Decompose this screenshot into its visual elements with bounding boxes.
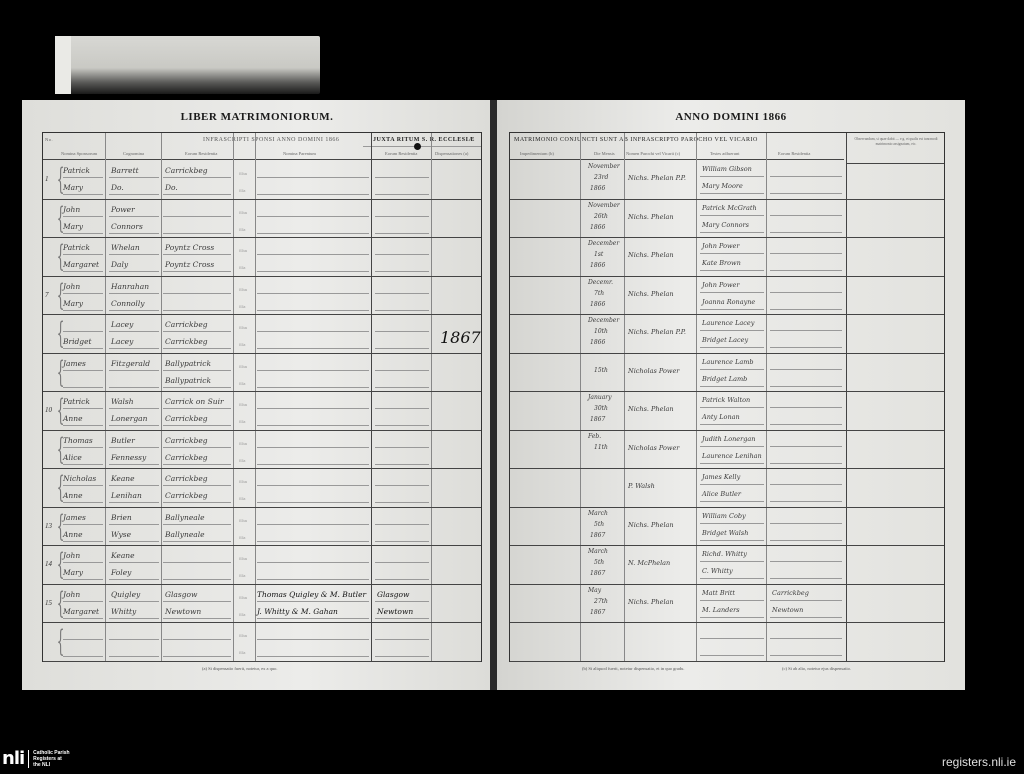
date-year: 1867 bbox=[590, 532, 605, 539]
witness-2: Alice Butler bbox=[702, 490, 741, 498]
groom-surname: Brien bbox=[111, 513, 132, 522]
date-month: November bbox=[588, 202, 620, 209]
date-day: 5th bbox=[594, 559, 604, 566]
date-month: January bbox=[588, 394, 612, 401]
left-header-rite: JUXTA RITUM S. R. ECCLESIÆ bbox=[373, 137, 475, 143]
col-no-label: No. bbox=[45, 137, 53, 142]
bride-residence: Poyntz Cross bbox=[165, 260, 214, 269]
col-header-parents: Nomina Parentum bbox=[283, 151, 316, 156]
marriage-entry-row: 7{JohnMaryHanrahanConnollyfiliusfilia bbox=[43, 277, 481, 316]
parents-residence-1: Glasgow bbox=[377, 590, 409, 599]
priest-name: Nichs. Phelan bbox=[628, 521, 674, 529]
marriage-record-row: December10th1866Nichs. Phelan P.P.Lauren… bbox=[510, 315, 944, 354]
groom-first-name: John bbox=[63, 205, 80, 214]
col-header-witnesses: Testes adfuerunt bbox=[710, 151, 740, 156]
marriage-record-row bbox=[510, 623, 944, 662]
col-header-priest: Nomen Parochi vel Vicarii (c) bbox=[626, 151, 680, 156]
entry-number: 14 bbox=[45, 560, 52, 568]
date-year: 1866 bbox=[590, 339, 605, 346]
groom-surname: Keane bbox=[111, 551, 135, 560]
witness-1: Patrick McGrath bbox=[702, 204, 757, 212]
entry-number: 10 bbox=[45, 406, 52, 414]
marriage-entry-row: {BridgetLaceyLaceyCarrickbegCarrickbegfi… bbox=[43, 315, 481, 354]
left-register-table: No. INFRASCRIPTI SPONSI ANNO DOMINI 1866… bbox=[42, 132, 482, 662]
date-month: March bbox=[588, 548, 608, 555]
nli-wordmark: nli bbox=[2, 748, 24, 769]
bride-surname: Lacey bbox=[111, 337, 133, 346]
bride-surname: Lonergan bbox=[111, 414, 147, 423]
groom-surname: Quigley bbox=[111, 590, 140, 599]
marriage-record-row: March5th1867N. McPhelanRichd. WhittyC. W… bbox=[510, 546, 944, 585]
groom-surname: Power bbox=[111, 205, 135, 214]
date-day: 27th bbox=[594, 598, 608, 605]
witness-2: Mary Moore bbox=[702, 182, 743, 190]
groom-first-name: John bbox=[63, 551, 80, 560]
groom-surname: Fitzgerald bbox=[111, 359, 150, 368]
date-month: November bbox=[588, 163, 620, 170]
witness-1: Judith Lonergan bbox=[702, 435, 756, 443]
col-header-impediment: Impedimentum (b) bbox=[520, 151, 554, 156]
marriage-record-row: P. WalshJames KellyAlice Butler bbox=[510, 469, 944, 508]
bride-surname: Fennessy bbox=[111, 453, 146, 462]
priest-name: Nichs. Phelan bbox=[628, 251, 674, 259]
witness-1: John Power bbox=[702, 242, 740, 250]
priest-name: N. McPhelan bbox=[628, 559, 670, 567]
date-day: 7th bbox=[594, 290, 604, 297]
col-header-dispensations: Dispensationes (a) bbox=[435, 151, 468, 156]
witness-2: Kate Brown bbox=[702, 259, 741, 267]
date-day: 1st bbox=[594, 251, 603, 258]
bride-first-name: Mary bbox=[63, 568, 83, 577]
entry-number: 15 bbox=[45, 599, 52, 607]
groom-parents: Thomas Quigley & M. Butler bbox=[257, 590, 366, 599]
logo-caption: Catholic Parish Registers at the NLI bbox=[33, 750, 69, 768]
right-footnote-b: (b) Si aliquod fuerit, notetur dispensat… bbox=[582, 666, 684, 671]
priest-name: Nichs. Phelan P.P. bbox=[628, 174, 686, 182]
loose-paper-scrap bbox=[55, 36, 320, 94]
bride-residence: Carrickbeg bbox=[165, 414, 208, 423]
priest-name: Nichs. Phelan bbox=[628, 213, 674, 221]
date-day: 23rd bbox=[594, 174, 608, 181]
logo-divider bbox=[28, 750, 29, 768]
bride-surname: Do. bbox=[111, 183, 124, 192]
bride-first-name: Mary bbox=[63, 183, 83, 192]
witness-2: C. Whitty bbox=[702, 567, 733, 575]
date-day: 11th bbox=[594, 444, 608, 451]
priest-name: P. Walsh bbox=[628, 482, 655, 490]
entry-number: 1 bbox=[45, 175, 49, 183]
bride-first-name: Mary bbox=[63, 299, 83, 308]
groom-residence: Carrickbeg bbox=[165, 474, 208, 483]
right-register-table: MATRIMONIO CONJUNCTI SUNT AB INFRASCRIPT… bbox=[509, 132, 945, 662]
groom-surname: Whelan bbox=[111, 243, 140, 252]
groom-first-name: Nicholas bbox=[63, 474, 96, 483]
right-footnote-c: (c) Si ab alio, notetur ejus dispensatio… bbox=[782, 666, 851, 671]
groom-first-name: James bbox=[63, 359, 86, 368]
witness-2: Joanna Ronayne bbox=[702, 298, 755, 306]
groom-residence: Carrick on Suir bbox=[165, 397, 224, 406]
witness-1: John Power bbox=[702, 281, 740, 289]
marriage-record-row: Feb.11thNicholas PowerJudith LonerganLau… bbox=[510, 431, 944, 470]
marriage-entry-row: 13{JamesAnneBrienWyseBallynealeBallyneal… bbox=[43, 508, 481, 547]
marriage-record-row: May27th1867Nichs. PhelanMatt BrittM. Lan… bbox=[510, 585, 944, 624]
groom-residence: Poyntz Cross bbox=[165, 243, 214, 252]
priest-name: Nichs. Phelan P.P. bbox=[628, 328, 686, 336]
bride-surname: Connolly bbox=[111, 299, 144, 308]
marriage-entry-row: {PatrickMargaretWhelanDalyPoyntz CrossPo… bbox=[43, 238, 481, 277]
bride-first-name: Anne bbox=[63, 530, 83, 539]
groom-first-name: Patrick bbox=[63, 166, 90, 175]
date-month: May bbox=[588, 587, 601, 594]
witness-1: Patrick Walton bbox=[702, 396, 750, 404]
bride-surname: Lenihan bbox=[111, 491, 142, 500]
marriage-record-row: January30th1867Nichs. PhelanPatrick Walt… bbox=[510, 392, 944, 431]
bride-first-name: Anne bbox=[63, 491, 83, 500]
bride-parents: J. Whitty & M. Gahan bbox=[257, 607, 338, 616]
left-footnote: (a) Si dispensatio fuerit, notetur, ex a… bbox=[202, 666, 278, 671]
date-day: 10th bbox=[594, 328, 608, 335]
col-header-date: Die Mensis bbox=[594, 151, 615, 156]
groom-first-name: Patrick bbox=[63, 397, 90, 406]
marriage-record-row: November26th1866Nichs. PhelanPatrick McG… bbox=[510, 200, 944, 239]
witness-2: Bridget Lacey bbox=[702, 336, 748, 344]
col-header-parents-residence: Eorum Residentia bbox=[385, 151, 417, 156]
groom-residence: Carrickbeg bbox=[165, 166, 208, 175]
groom-first-name: Patrick bbox=[63, 243, 90, 252]
groom-residence: Ballyneale bbox=[165, 513, 205, 522]
witness-1: William Gibson bbox=[702, 165, 752, 173]
witness-residence-1: Carrickbeg bbox=[772, 589, 809, 597]
witness-2: Anty Lonan bbox=[702, 413, 740, 421]
date-year: 1867 bbox=[590, 609, 605, 616]
observation-note-box: Observandum, si quae dabit — e.g. et qua… bbox=[846, 133, 946, 163]
bride-first-name: Anne bbox=[63, 414, 83, 423]
marriage-entry-row: {NicholasAnneKeaneLenihanCarrickbegCarri… bbox=[43, 469, 481, 508]
date-month: December bbox=[588, 317, 619, 324]
marriage-entry-row: {JamesFitzgeraldBallypatrickBallypatrick… bbox=[43, 354, 481, 393]
marriage-entry-row: {JohnMaryPowerConnorsfiliusfilia bbox=[43, 200, 481, 239]
bride-surname: Wyse bbox=[111, 530, 131, 539]
date-month: Decemr. bbox=[588, 279, 613, 286]
priest-name: Nicholas Power bbox=[628, 444, 679, 452]
witness-1: William Coby bbox=[702, 512, 746, 520]
page-title-right: ANNO DOMINI 1866 bbox=[497, 111, 965, 123]
left-header-line: INFRASCRIPTI SPONSI ANNO DOMINI 1866 bbox=[203, 137, 339, 143]
nli-logo[interactable]: nli Catholic Parish Registers at the NLI bbox=[2, 748, 70, 769]
entry-number: 7 bbox=[45, 291, 49, 299]
groom-first-name: John bbox=[63, 282, 80, 291]
page-title-left: LIBER MATRIMONIORUM. bbox=[22, 111, 492, 123]
marriage-entry-row: 15{JohnMargaretQuigleyWhittyGlasgowNewto… bbox=[43, 585, 481, 624]
bride-first-name: Alice bbox=[63, 453, 82, 462]
bride-surname: Connors bbox=[111, 222, 143, 231]
bride-first-name: Mary bbox=[63, 222, 83, 231]
bride-surname: Daly bbox=[111, 260, 128, 269]
witness-2: M. Landers bbox=[702, 606, 740, 614]
col-header-names: Nomina Sponsorum bbox=[61, 151, 97, 156]
col-header-residence: Eorum Residentia bbox=[185, 151, 217, 156]
witness-2: Laurence Lenihan bbox=[702, 452, 762, 460]
registers-url-link[interactable]: registers.nli.ie bbox=[942, 755, 1016, 769]
marriage-entry-row: 1{PatrickMaryBarrettDo.CarrickbegDo.fili… bbox=[43, 161, 481, 200]
entry-number: 13 bbox=[45, 522, 52, 530]
bride-first-name: Bridget bbox=[63, 337, 92, 346]
margin-year-annotation: 1867 bbox=[440, 328, 481, 347]
col-header-surnames: Cognomina bbox=[123, 151, 144, 156]
marriage-entry-row: {ThomasAliceButlerFennessyCarrickbegCarr… bbox=[43, 431, 481, 470]
date-year: 1867 bbox=[590, 416, 605, 423]
marriage-entry-row: 14{JohnMaryKeaneFoleyfiliusfilia bbox=[43, 546, 481, 585]
date-day: 26th bbox=[594, 213, 608, 220]
witness-2: Mary Connors bbox=[702, 221, 749, 229]
witness-1: Richd. Whitty bbox=[702, 550, 747, 558]
bride-residence: Ballypatrick bbox=[165, 376, 211, 385]
bride-surname: Whitty bbox=[111, 607, 136, 616]
bride-surname: Foley bbox=[111, 568, 131, 577]
bride-residence: Ballyneale bbox=[165, 530, 205, 539]
date-day: 15th bbox=[594, 367, 608, 374]
bride-residence: Newtown bbox=[165, 607, 201, 616]
witness-1: James Kelly bbox=[702, 473, 740, 481]
col-header-witness-residence: Eorum Residentia bbox=[778, 151, 810, 156]
marriage-record-row: Decemr.7th1866Nichs. PhelanJohn PowerJoa… bbox=[510, 277, 944, 316]
parents-residence-2: Newtown bbox=[377, 607, 413, 616]
groom-residence: Carrickbeg bbox=[165, 320, 208, 329]
groom-surname: Barrett bbox=[111, 166, 139, 175]
date-day: 30th bbox=[594, 405, 608, 412]
bride-first-name: Margaret bbox=[63, 260, 99, 269]
groom-surname: Butler bbox=[111, 436, 135, 445]
date-year: 1867 bbox=[590, 570, 605, 577]
marriage-record-row: November23rd1866Nichs. Phelan P.P.Willia… bbox=[510, 161, 944, 200]
witness-1: Laurence Lamb bbox=[702, 358, 754, 366]
priest-name: Nicholas Power bbox=[628, 367, 679, 375]
witness-1: Matt Britt bbox=[702, 589, 735, 597]
bride-residence: Carrickbeg bbox=[165, 453, 208, 462]
brace-glyph: { bbox=[57, 627, 65, 657]
groom-surname: Lacey bbox=[111, 320, 133, 329]
bride-residence: Do. bbox=[165, 183, 178, 192]
left-register-page: LIBER MATRIMONIORUM. No. INFRASCRIPTI SP… bbox=[22, 100, 492, 690]
priest-name: Nichs. Phelan bbox=[628, 598, 674, 606]
marriage-entry-row: {filiusfilia bbox=[43, 623, 481, 662]
groom-residence: Ballypatrick bbox=[165, 359, 211, 368]
groom-first-name: John bbox=[63, 590, 80, 599]
bride-residence: Carrickbeg bbox=[165, 337, 208, 346]
groom-residence: Glasgow bbox=[165, 590, 197, 599]
witness-2: Bridget Lamb bbox=[702, 375, 747, 383]
groom-surname: Walsh bbox=[111, 397, 134, 406]
date-year: 1866 bbox=[590, 185, 605, 192]
witness-1: Laurence Lacey bbox=[702, 319, 754, 327]
priest-name: Nichs. Phelan bbox=[628, 405, 674, 413]
groom-surname: Hanrahan bbox=[111, 282, 149, 291]
priest-name: Nichs. Phelan bbox=[628, 290, 674, 298]
bride-residence: Carrickbeg bbox=[165, 491, 208, 500]
groom-first-name: Thomas bbox=[63, 436, 93, 445]
ink-blot bbox=[414, 143, 421, 150]
date-year: 1866 bbox=[590, 301, 605, 308]
marriage-entry-row: 10{PatrickAnneWalshLonerganCarrick on Su… bbox=[43, 392, 481, 431]
groom-surname: Keane bbox=[111, 474, 135, 483]
date-day: 5th bbox=[594, 521, 604, 528]
date-month: December bbox=[588, 240, 619, 247]
date-month: March bbox=[588, 510, 608, 517]
groom-residence: Carrickbeg bbox=[165, 436, 208, 445]
date-year: 1866 bbox=[590, 224, 605, 231]
right-register-page: ANNO DOMINI 1866 MATRIMONIO CONJUNCTI SU… bbox=[497, 100, 965, 690]
witness-2: Bridget Walsh bbox=[702, 529, 748, 537]
witness-residence-2: Newtown bbox=[772, 606, 803, 614]
date-year: 1866 bbox=[590, 262, 605, 269]
marriage-record-row: March5th1867Nichs. PhelanWilliam CobyBri… bbox=[510, 508, 944, 547]
marriage-record-row: 15thNicholas PowerLaurence LambBridget L… bbox=[510, 354, 944, 393]
groom-first-name: James bbox=[63, 513, 86, 522]
right-header-line: MATRIMONIO CONJUNCTI SUNT AB INFRASCRIPT… bbox=[514, 137, 758, 143]
date-month: Feb. bbox=[588, 433, 601, 440]
bride-first-name: Margaret bbox=[63, 607, 99, 616]
marriage-record-row: December1st1866Nichs. PhelanJohn PowerKa… bbox=[510, 238, 944, 277]
